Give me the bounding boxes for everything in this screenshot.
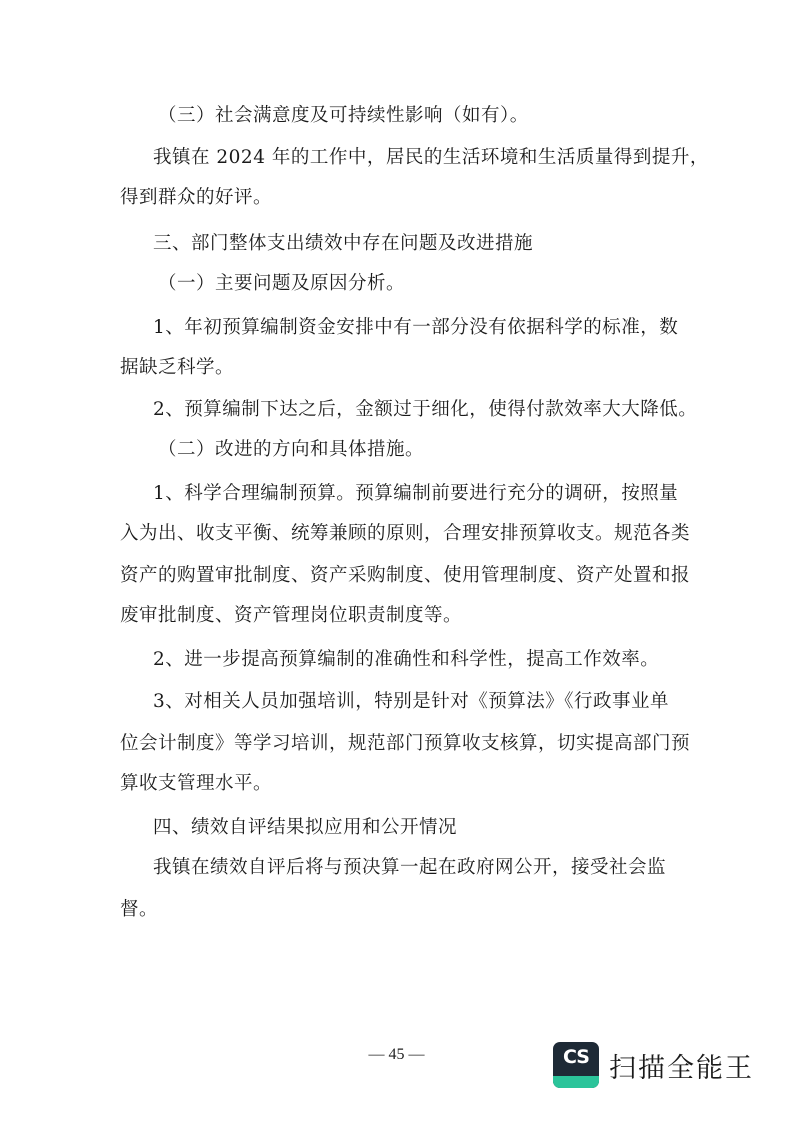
- paragraph-line: 废审批制度、资产管理岗位职责制度等。: [120, 604, 462, 628]
- paragraph-line: 据缺乏科学。: [120, 356, 234, 380]
- section-heading-results-application: 四、绩效自评结果拟应用和公开情况: [153, 816, 457, 840]
- subsection-heading-social-satisfaction: （三）社会满意度及可持续性影响（如有）。: [158, 104, 529, 128]
- paragraph-line: 算收支管理水平。: [120, 772, 272, 796]
- paragraph-line: 1、科学合理编制预算。预算编制前要进行充分的调研，按照量: [153, 482, 678, 506]
- brand-name: 扫描全能王: [609, 1046, 754, 1085]
- paragraph-line: 资产的购置审批制度、资产采购制度、使用管理制度、资产处置和报: [120, 564, 690, 588]
- scanner-watermark: CS 扫描全能王: [553, 1042, 754, 1088]
- paragraph-line: 2、进一步提高预算编制的准确性和科学性，提高工作效率。: [153, 648, 659, 672]
- paragraph-line: 督。: [120, 898, 158, 922]
- section-heading-issues: 三、部门整体支出绩效中存在问题及改进措施: [153, 232, 533, 256]
- paragraph-line: 得到群众的好评。: [120, 186, 272, 210]
- subsection-heading-main-issues: （一）主要问题及原因分析。: [158, 272, 405, 296]
- paragraph-line: 1、年初预算编制资金安排中有一部分没有依据科学的标准，数: [153, 316, 678, 340]
- paragraph-line: 2、预算编制下达之后，金额过于细化，使得付款效率大大降低。: [153, 398, 697, 422]
- paragraph-line: 位会计制度》等学习培训，规范部门预算收支核算，切实提高部门预: [120, 732, 690, 756]
- logo-accent-bar: [553, 1076, 599, 1088]
- camscanner-logo-icon: CS: [553, 1042, 599, 1088]
- paragraph-line: 入为出、收支平衡、统筹兼顾的原则，合理安排预算收支。规范各类: [120, 522, 690, 546]
- paragraph-line: 我镇在绩效自评后将与预决算一起在政府网公开，接受社会监: [153, 856, 666, 880]
- paragraph-line: 3、对相关人员加强培训，特别是针对《预算法》《行政事业单: [153, 690, 669, 714]
- subsection-heading-improvements: （二）改进的方向和具体措施。: [158, 438, 424, 462]
- logo-text: CS: [553, 1046, 599, 1068]
- paragraph-line: 我镇在 2024 年的工作中，居民的生活环境和生活质量得到提升，: [153, 146, 709, 170]
